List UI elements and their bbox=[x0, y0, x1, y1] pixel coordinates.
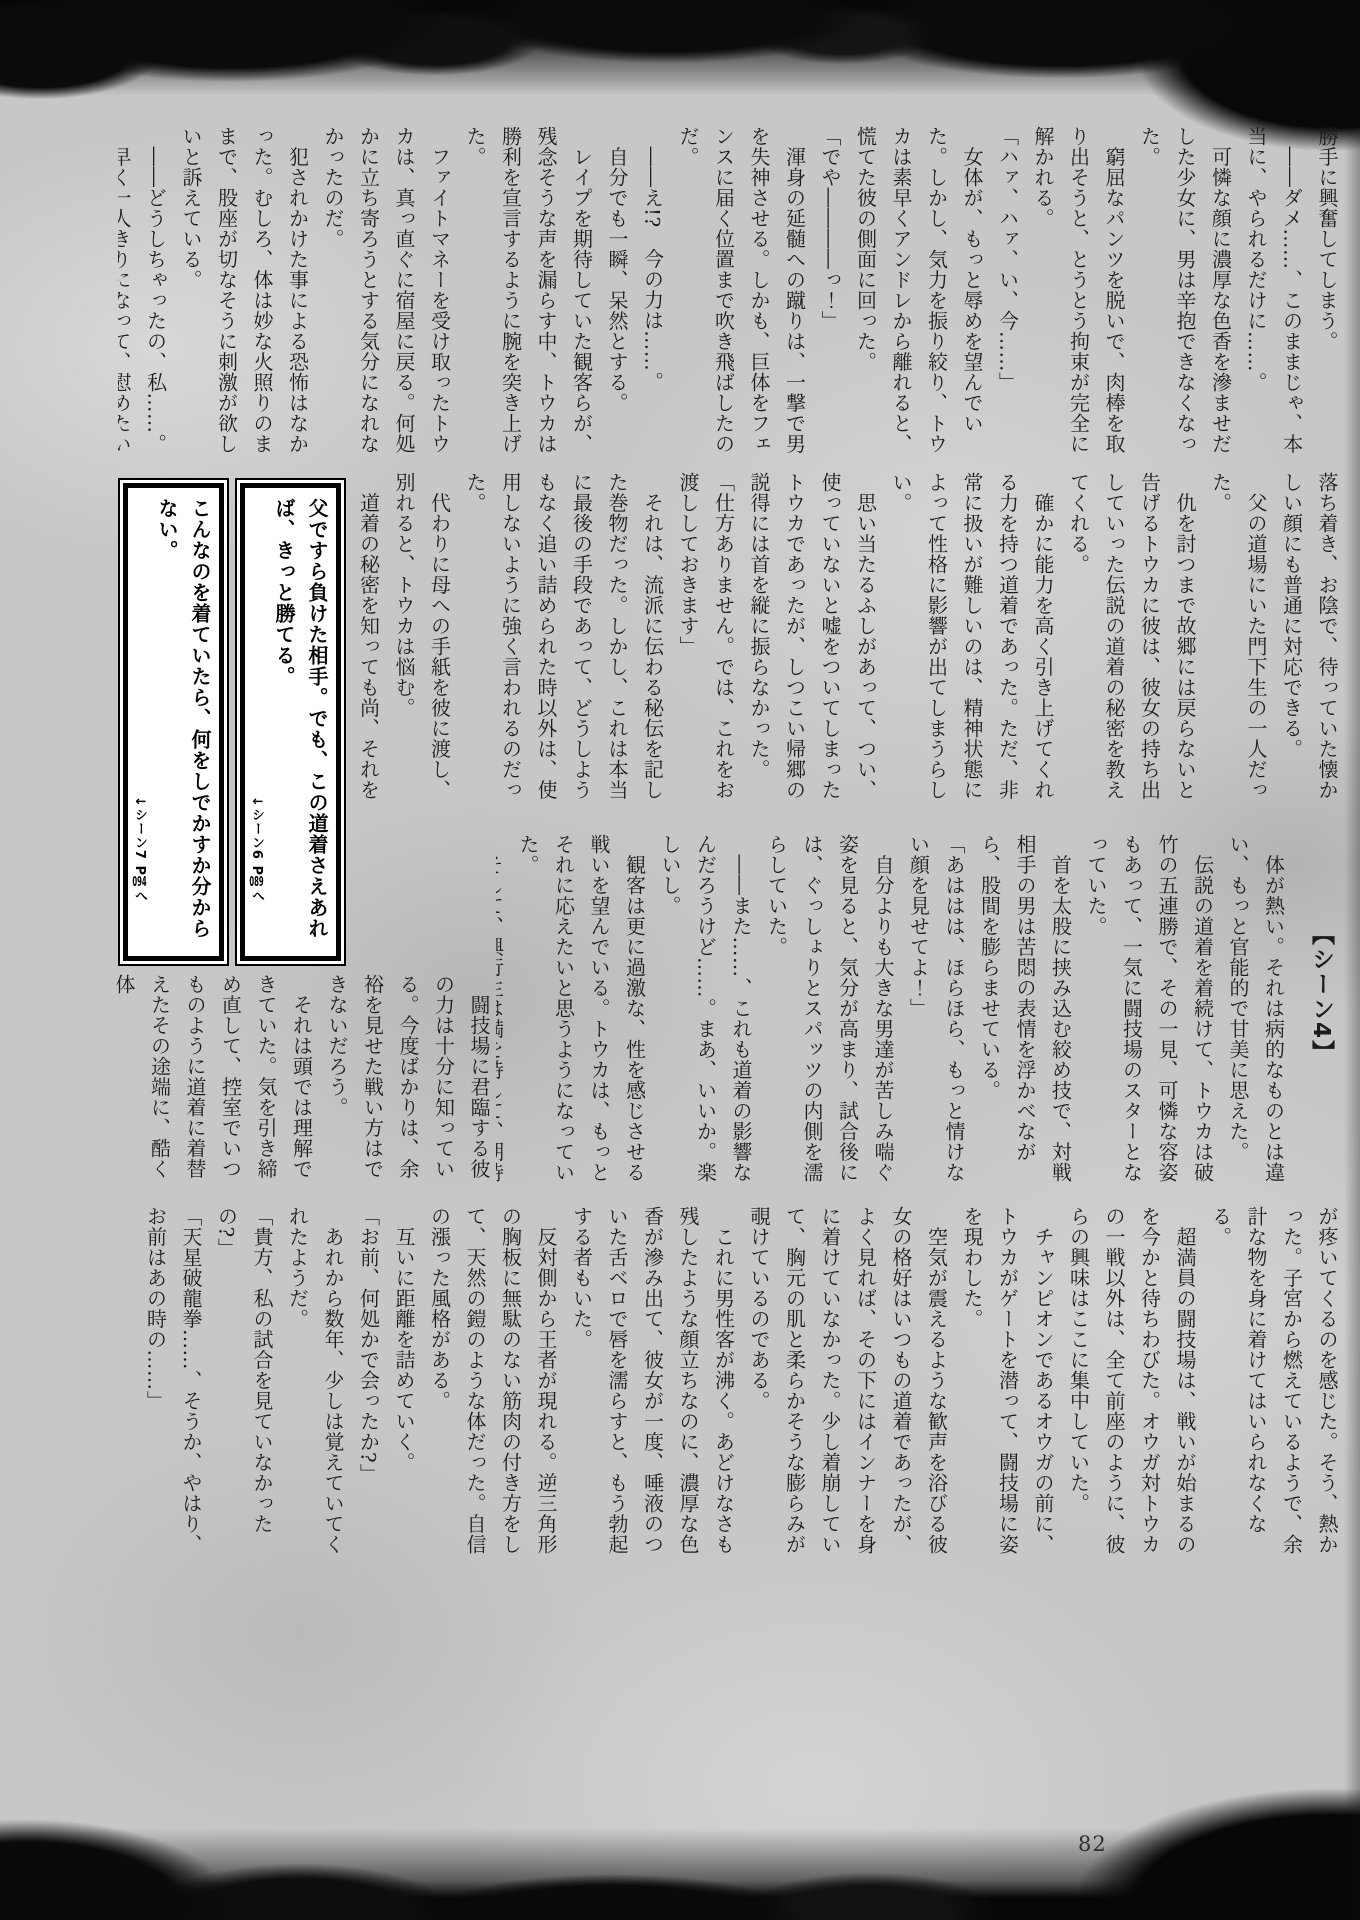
paragraph: 渾身の延髄への蹴りは、一撃で男を失神させる。しかも、巨体をフェンスに届く位置まで… bbox=[670, 126, 812, 472]
paragraph: 「あははは、ほらほら、もっと情けない顔を見せてよ！」 bbox=[900, 834, 971, 1194]
paragraph: 「ハァ、ハァ、い、今……」 bbox=[989, 126, 1025, 472]
paragraph: 父の道場にいた門下生の一人だった。 bbox=[1202, 472, 1273, 820]
paragraph: 道着の秘密を知っても尚、それを身に着けて戦い続けるべきなのだろうか? bbox=[354, 472, 386, 820]
paragraph: 自分でも一瞬、呆然とする。 bbox=[599, 126, 635, 472]
paragraph: 伝説の道着を着続けて、トウカは破竹の五連勝で、その一見、可憐な容姿もあって、一気… bbox=[1078, 834, 1220, 1194]
choice-inner-frame: 父ですら負けた相手。でも、この道着さえあれば、きっと勝てる。 ↓シーン6 P08… bbox=[240, 483, 341, 961]
paragraph: 超満員の闘技場は、戦いが始まるのを今かと待ちわびた。オウガ対トウカの一戦以外は、… bbox=[1060, 1206, 1202, 1568]
paragraph: 体が熱い。それは病的なものとは違い、もっと官能的で甘美に思えた。 bbox=[1220, 834, 1291, 1194]
paragraph: チャンピオンであるオウガの前に、トウカがゲートを潜って、闘技場に姿を現わした。 bbox=[954, 1206, 1061, 1568]
choice-ref-suffix: へ bbox=[249, 889, 264, 903]
paragraph: それは、流派に伝わる秘伝を記した巻物だった。しかし、これは本当に最後の手段であっ… bbox=[457, 472, 670, 820]
paragraph: ファイトマネーを受け取ったトウカは、真っ直ぐに宿屋に戻る。何処かに立ち寄ろうとす… bbox=[315, 126, 457, 472]
paragraph: 思い当たるふしがあって、つい、使っていないと嘘をついてしまったトウカであったが、… bbox=[741, 472, 883, 820]
paragraph: 「天星破龍拳……、そうか、やはり、お前はあの時の……」 bbox=[137, 1206, 208, 1568]
paragraph: 自分よりも大きな男達が苦しみ喘ぐ姿を見ると、気分が高まり、試合後には、ぐっしょり… bbox=[758, 834, 900, 1194]
paragraph: 勝手に興奮してしまう。 bbox=[1309, 126, 1345, 472]
paragraph: 互いに距離を詰めていく。 bbox=[386, 1206, 422, 1568]
choice-ref: ↓シーン6 P089へ bbox=[248, 796, 265, 946]
text-band-2: 落ち着き、お陰で、待っていた懐かしい顔にも普通に対応できる。 父の道場にいた門下… bbox=[354, 472, 1344, 820]
paragraph: 落ち着き、お陰で、待っていた懐かしい顔にも普通に対応できる。 bbox=[1273, 472, 1344, 820]
paragraph: そして、興行主は満を持して、期待の新星と絶対王者との戦いをマッチアップしたのだ。 bbox=[496, 834, 510, 1194]
paragraph: ――え!? 今の力は……。 bbox=[634, 126, 670, 472]
choice-inner-frame: こんなのを着ていたら、何をしでかすか分からない。 ↓シーン7 P094へ bbox=[123, 483, 224, 961]
choice-ref-arrow-label: ↓シーン6 P bbox=[249, 796, 264, 876]
choice-ref-arrow-label: ↓シーン7 P bbox=[132, 796, 147, 876]
paragraph: 反対側から王者が現れる。逆三角形の胸板に無駄のない筋肉の付き方をして、天然の鎧の… bbox=[421, 1206, 563, 1568]
page-number: 82 bbox=[1078, 1832, 1107, 1856]
paragraph: レイプを期待していた観客らが、残念そうな声を漏らす中、トウカは勝利を宣言するよう… bbox=[457, 126, 599, 472]
choice-text: こんなのを着ていたら、何をしでかすか分からない。 bbox=[150, 498, 216, 946]
paragraph: が疼いてくるのを感じた。そう、熱かった。子宮から燃えているようで、余計な物を身に… bbox=[1202, 1206, 1344, 1568]
choice-ref-suffix: へ bbox=[132, 889, 147, 903]
paragraph: ――また……、これも道着の影響なんだろうけど……。まあ、いいか。楽しいし。 bbox=[652, 834, 759, 1194]
paragraph: 仇を討つまで故郷には戻らないと告げるトウカに彼は、彼女の持ち出していった伝説の道… bbox=[1060, 472, 1202, 820]
choice-boxes: こんなのを着ていたら、何をしでかすか分からない。 ↓シーン7 P094へ 父です… bbox=[118, 478, 334, 966]
paragraph: ――どうしちゃったの、私……。 bbox=[137, 126, 173, 472]
scene-4-header: 【シーン4】 bbox=[1303, 834, 1339, 1194]
paragraph: 観客は更に過激な、性を感じさせる戦いを望んでいる。トウカは、もっとそれに応えたい… bbox=[510, 834, 652, 1194]
paragraph: 「でや――――っ！」 bbox=[812, 126, 848, 472]
paragraph: 首を太股に挟み込む絞め技で、対戦相手の男は苦悶の表情を浮かべながら、股間を膨らま… bbox=[971, 834, 1078, 1194]
paragraph: 代わりに母への手紙を彼に渡し、別れると、トウカは悩む。 bbox=[386, 472, 457, 820]
paragraph: 犯されかけた事による恐怖はなかった。むしろ、体は妙な火照りのままで、股座が切なそ… bbox=[173, 126, 315, 472]
paragraph: 窮屈なパンツを脱いで、肉棒を取り出そうと、とうとう拘束が完全に解かれる。 bbox=[1025, 126, 1132, 472]
paragraph: 確かに能力を高く引き上げてくれる力を持つ道着であった。ただ、非常に扱いが難しいの… bbox=[883, 472, 1061, 820]
paragraph: 女体が、もっと辱めを望んでいた。しかし、気力を振り絞り、トウカは素早くアンドレか… bbox=[847, 126, 989, 472]
paragraph: 早く一人きりになって、慰めたい衝動に憑りつかれそうだった。 bbox=[118, 126, 137, 472]
choice-ref: ↓シーン7 P094へ bbox=[131, 796, 148, 946]
choice-box-wear-gi: 父ですら負けた相手。でも、この道着さえあれば、きっと勝てる。 ↓シーン6 P08… bbox=[235, 478, 346, 966]
paragraph: あれから数年、少しは覚えていてくれたようだ。 bbox=[279, 1206, 350, 1568]
paragraph: 闘技場に君臨する彼の力は十分に知っている。今度ばかりは、余裕を見せた戦い方はでき… bbox=[319, 974, 497, 1194]
page-right-edge-shading bbox=[1344, 0, 1360, 1920]
paragraph: 空気が震えるような歓声を浴びる彼女の格好はいつもの道着であったが、よく見れば、そ… bbox=[741, 1206, 954, 1568]
paragraph: 「貴方、私の試合を見ていなかったの?」 bbox=[208, 1206, 279, 1568]
choice-ref-page-number: 089 bbox=[249, 876, 264, 889]
text-band-4: が疼いてくるのを感じた。そう、熱かった。子宮から燃えているようで、余計な物を身に… bbox=[118, 1206, 1344, 1568]
paragraph: ――ダメ……、このままじゃ、本当に、やられるだけに……。 bbox=[1238, 126, 1309, 472]
book-page: 勝手に興奮してしまう。 ――ダメ……、このままじゃ、本当に、やられるだけに……。… bbox=[0, 0, 1360, 1920]
paragraph: 「仕方ありません。では、これをお渡ししておきます」 bbox=[670, 472, 741, 820]
page-bottom-grunge-border bbox=[0, 1770, 1360, 1920]
choice-text: 父ですら負けた相手。でも、この道着さえあれば、きっと勝てる。 bbox=[267, 498, 333, 946]
choice-box-refuse-gi: こんなのを着ていたら、何をしでかすか分からない。 ↓シーン7 P094へ bbox=[118, 478, 229, 966]
paragraph: それは頭では理解できていた。気を引き締め直して、控室でいつものように道着に着替え… bbox=[112, 974, 319, 1194]
paragraph: 可憐な顔に濃厚な色香を滲ませだした少女に、男は辛抱できなくなった。 bbox=[1131, 126, 1238, 472]
text-band-1: 勝手に興奮してしまう。 ――ダメ……、このままじゃ、本当に、やられるだけに……。… bbox=[118, 126, 1344, 472]
text-band-3: 【シーン4】 体が熱い。それは病的なものとは違い、もっと官能的で甘美に思えた。 … bbox=[496, 834, 1344, 1194]
paragraph: 「お前、何処かで会ったか?」 bbox=[350, 1206, 386, 1568]
paragraph: これに男性客が沸く。あどけなさも残したような顔立ちなのに、濃厚な色香が滲み出て、… bbox=[563, 1206, 741, 1568]
choice-ref-page-number: 094 bbox=[132, 876, 147, 889]
text-band-3-continued: 闘技場に君臨する彼の力は十分に知っている。今度ばかりは、余裕を見せた戦い方はでき… bbox=[112, 974, 496, 1194]
